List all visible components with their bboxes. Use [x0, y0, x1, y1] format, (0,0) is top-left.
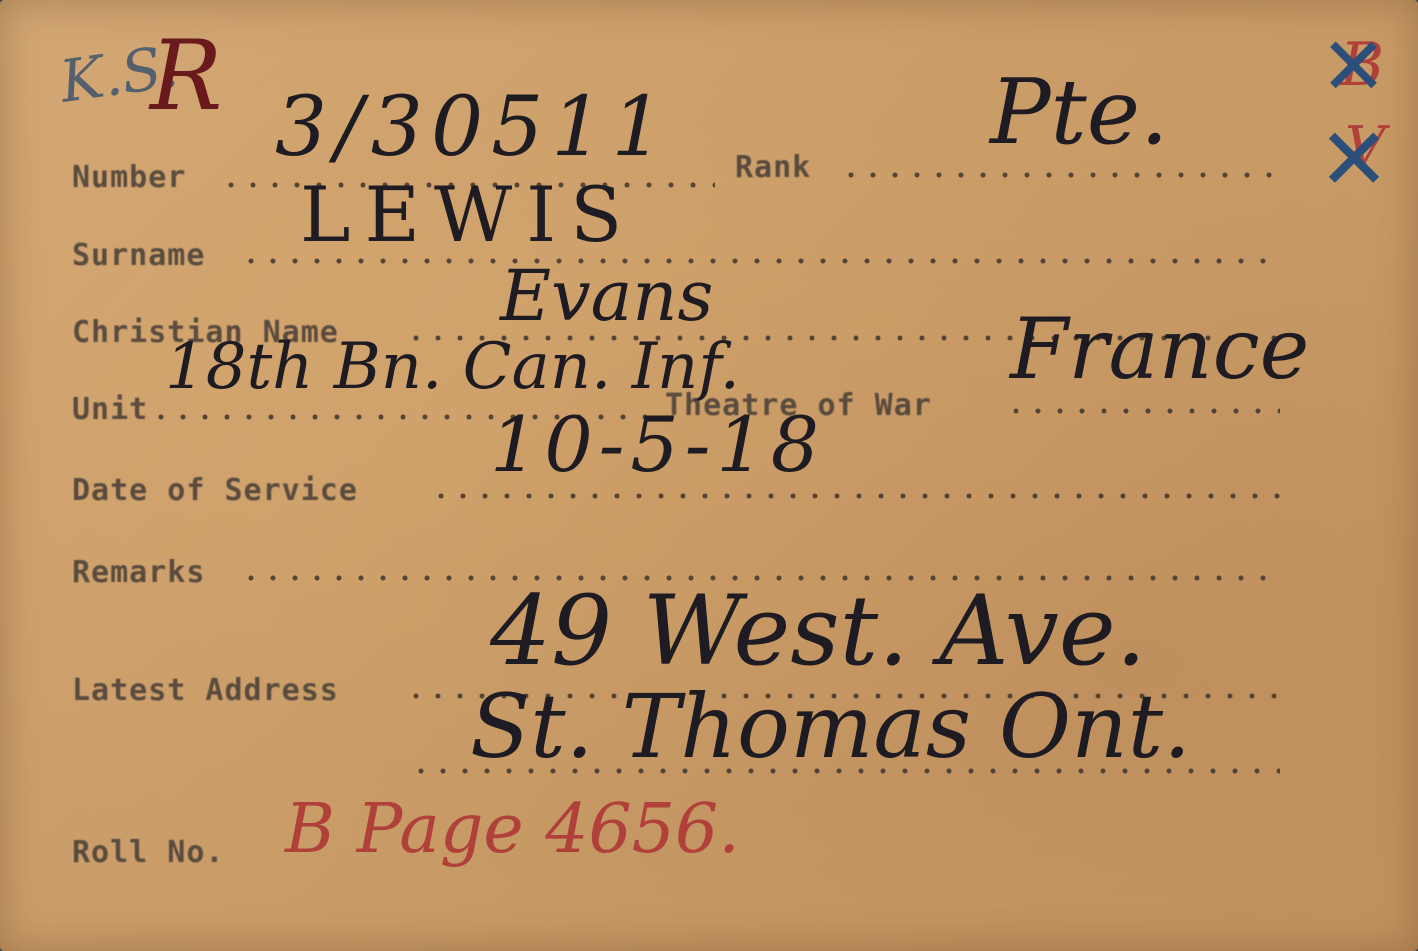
- red-initial-annotation: R: [150, 20, 222, 132]
- rank-value: Pte.: [990, 60, 1169, 165]
- latest-address-line1: 49 West. Ave.: [490, 575, 1146, 687]
- number-label: Number: [72, 160, 186, 195]
- roll-no-value: B Page 4656.: [285, 790, 740, 869]
- blue-cross-mark-1: ✕: [1320, 20, 1387, 113]
- surname-label: Surname: [72, 238, 205, 273]
- service-record-card: K.S. R B ✕ V ✕ Number 3/30511 Rank Pte. …: [0, 0, 1418, 951]
- latest-address-label: Latest Address: [72, 673, 339, 708]
- number-value: 3/30511: [275, 80, 672, 175]
- christian-name-value: Evans: [500, 255, 713, 337]
- theatre-of-war-dotted-line: [1005, 408, 1280, 414]
- unit-value: 18th Bn. Can. Inf.: [165, 330, 740, 404]
- rank-dotted-line: [840, 172, 1280, 178]
- date-of-service-value: 10-5-18: [490, 400, 825, 489]
- remarks-label: Remarks: [72, 555, 205, 590]
- theatre-of-war-value: France: [1010, 300, 1309, 398]
- rank-label: Rank: [735, 150, 811, 185]
- latest-address-line2: St. Thomas Ont.: [470, 675, 1191, 778]
- roll-no-label: Roll No.: [72, 835, 225, 870]
- surname-value: LEWIS: [300, 170, 636, 259]
- blue-cross-mark-2: ✕: [1318, 110, 1390, 210]
- unit-label: Unit: [72, 392, 148, 427]
- date-of-service-dotted-line: [430, 493, 1280, 499]
- date-of-service-label: Date of Service: [72, 473, 358, 508]
